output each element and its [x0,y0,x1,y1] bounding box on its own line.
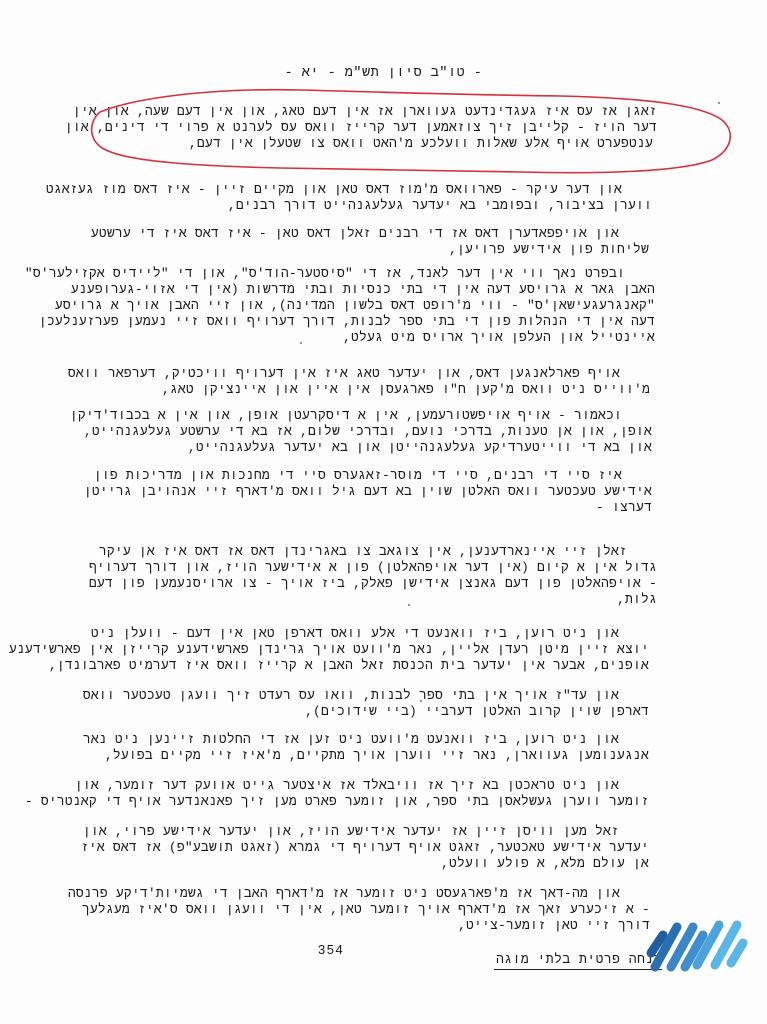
text-line: און מה-דאך אז מ'פארגעסט ניט זומער אז מ'ד… [68,886,650,902]
text-line: שליחות פון אידישע פרויען, [91,242,649,258]
text-line: איז סיי די רבנים, סיי די מוסר-זאגערס סיי… [84,468,652,484]
text-line: דורך זיי טאן זומער-צייט, [68,918,650,934]
text-line: זאל מען וויסן זיין אז יעדער אידישע הויז,… [81,824,649,840]
text-line: דערצו - [84,500,652,516]
text-line: - אויפהאלטן פון דעם גאנצן אידישן פאלק, ב… [89,576,657,592]
paragraph: און ניט טראכטן בא זיך אז וויבאלד אז איצט… [25,778,649,810]
page-header: - טו"ב סיון תש"מ - יא - [0,66,767,81]
paragraph: און אויפפאדערן דאס אז די רבנים זאלן דאס … [91,226,649,258]
paragraph: און ניט רוען, ביז וואנעט מ'וועט ניט זען … [83,732,649,764]
paragraph: אויף פארלאנגען דאס, און יעדער טאג איז אי… [68,366,650,398]
text-line: גלות, [89,592,657,608]
text-line: ובפרט נאך ווי אין דער לאנד, אז די "סיסטע… [25,266,655,282]
text-line: יעדער אידישע טאכטער, זאגט אויף דערויף די… [81,840,649,856]
text-line: וכאמור - אויף אויפשטורעמען, אין א דיסקרע… [70,408,652,424]
text-line: און דער עיקר - פארוואס מ'מוז דאס טאן און… [46,182,652,198]
paragraph: און דער עיקר - פארוואס מ'מוז דאס טאן און… [46,182,652,214]
text-line: ענטפערט אויף אלע שאלות וועלכע מ'האט וואס… [65,136,657,152]
text-line: און אויפפאדערן דאס אז די רבנים זאלן דאס … [91,226,649,242]
text-line: זאלן זיי איינארדענען, אין צוגאב צו באגרי… [89,544,657,560]
text-line: אויף פארלאנגען דאס, און יעדער טאג איז אי… [68,366,650,382]
document-page: - טו"ב סיון תש"מ - יא - זאגן אז עס איז ג… [0,0,767,1024]
paragraph: ובפרט נאך ווי אין דער לאנד, אז די "סיסטע… [25,266,655,346]
text-line: דארפן שוין קרוב האלטן דערביי (ביי שידוכי… [83,704,649,720]
paragraph: און עד"ז אויך אין בתי ספר לבנות, וואו עס… [83,688,649,720]
text-line: און עד"ז אויך אין בתי ספר לבנות, וואו עס… [83,688,649,704]
text-line: גדול אין א קיום (אין דער אויפהאלטן) פון … [89,560,657,576]
text-line: יוצא זיין מיטן רעדן אליין, נאר מ'וועט או… [9,642,649,658]
text-line: מ'ווייס ניט וואס מ'קען ח"ו פארגעסן אין א… [68,382,650,398]
text-line: אן עולם מלא, א פולע וועלט, [81,856,649,872]
text-line: - א זיכערע זאך אז מ'דארף אויך זומער טאן,… [68,902,650,918]
text-line: און בא די ווייטערדיקע געלעגנהייטן און בא… [70,440,652,456]
paragraph: זאל מען וויסן זיין אז יעדער אידישע הויז,… [81,824,649,872]
paragraph: איז סיי די רבנים, סיי די מוסר-זאגערס סיי… [84,468,652,516]
paragraph: און מה-דאך אז מ'פארגעסט ניט זומער אז מ'ד… [68,886,650,934]
paragraph: וכאמור - אויף אויפשטורעמען, אין א דיסקרע… [70,408,652,456]
text-line: אנגענומען געווארן, נאר זיי ווערן אויך מת… [83,748,649,764]
text-line: אופנים, אבער אין יעדער בית הכנסת זאל האב… [9,658,649,674]
paragraph: און ניט רוען, ביז וואנעט די אלע וואס דאר… [9,626,649,674]
text-line: איינטייל און העלפן אויך ארויס מיט געלט, [25,330,655,346]
page-number: 354 [318,942,344,957]
text-line: "קאנגרעגעישאן'ס" - ווי מ'רופט דאס בלשון … [25,298,655,314]
text-line: דער הויז - קלייבן זיך צוזאמען דער קרייז … [65,120,657,136]
text-line: און ניט רוען, ביז וואנעט מ'וועט ניט זען … [83,732,649,748]
text-line: אידישע טעכטער וואס האלטן שוין בא דעם גיל… [84,484,652,500]
paragraph: זאלן זיי איינארדענען, אין צוגאב צו באגרי… [89,544,657,608]
text-line: אופן, און אן טענות, בדרכי נועם, ובדרכי ש… [70,424,652,440]
text-line: און ניט טראכטן בא זיך אז וויבאלד אז איצט… [25,778,649,794]
text-line: און ניט רוען, ביז וואנעט די אלע וואס דאר… [9,626,649,642]
paragraph-highlighted: זאגן אז עס איז געגדינדעט געווארן אז אין … [65,104,657,152]
text-line: דעה אין די הנהלות פון די בתי ספר לבנות, … [25,314,655,330]
text-line: ווערן בציבור, ובפומבי בא יעדער געלעגנהיי… [46,198,652,214]
footer-note: הנחה פרטית בלתי מוגה [494,952,662,970]
text-line: זומער ווערן געשלאסן בתי ספר, און זומער פ… [25,794,649,810]
logo-watermark-icon [643,905,755,985]
text-line: האבן גאר א גרויסע דעה אין די בתי כנסיות … [25,282,655,298]
text-line: זאגן אז עס איז געגדינדעט געווארן אז אין … [65,104,657,120]
